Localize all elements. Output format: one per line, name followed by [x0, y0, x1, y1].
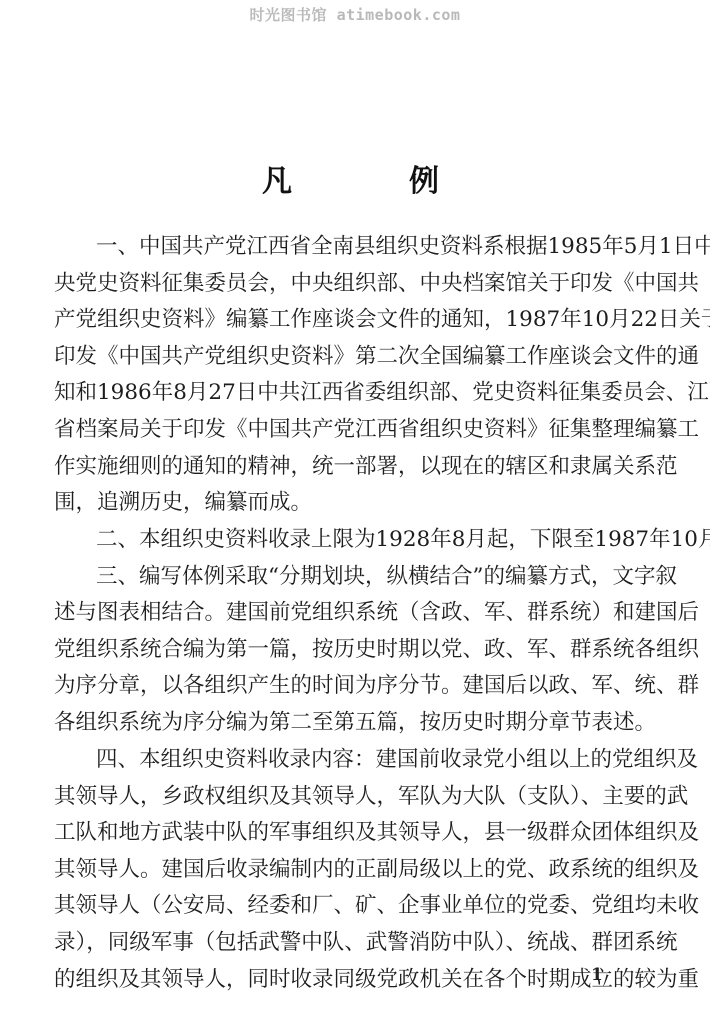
text-line: 述与图表相结合。建国前党组织系统（含政、军、群系统）和建国后: [54, 595, 650, 631]
text-line: 为序分章，以各组织产生的时间为序分节。建国后以政、军、统、群: [54, 668, 650, 704]
page-number: 1: [591, 965, 603, 985]
text-line: 各组织系统为序分编为第二至第五篇，按历史时期分章节表述。: [54, 705, 650, 741]
text-line: 其领导人，乡政权组织及其领导人，军队为大队（支队）、主要的武: [54, 779, 650, 815]
text-line: 四、本组织史资料收录内容：建国前收录党小组以上的党组织及: [96, 742, 650, 778]
text-line: 央党史资料征集委员会，中央组织部、中央档案馆关于印发《中国共: [54, 266, 650, 302]
text-line: 产党组织史资料》编纂工作座谈会文件的通知，1987年10月22日关于: [54, 302, 650, 338]
text-line: 其领导人。建国后收录编制内的正副局级以上的党、政系统的组织及: [54, 852, 650, 888]
text-line: 围，追溯历史，编纂而成。: [54, 485, 650, 521]
text-line: 党组织系统合编为第一篇，按历史时期以党、政、军、群系统各组织: [54, 632, 650, 668]
text-line: 的组织及其领导人，同时收录同级党政机关在各个时期成立的较为重: [54, 962, 650, 998]
text-line: 作实施细则的通知的精神，统一部署，以现在的辖区和隶属关系范: [54, 449, 650, 485]
title-char-1: 凡: [262, 156, 292, 200]
text-line: 一、中国共产党江西省全南县组织史资料系根据1985年5月1日中: [96, 229, 650, 265]
text-line: 二、本组织史资料收录上限为1928年8月起，下限至1987年10月。: [96, 522, 650, 558]
text-line: 其领导人（公安局、经委和厂、矿、企事业单位的党委、党组均未收: [54, 888, 650, 924]
page-title: 凡 例: [0, 156, 710, 206]
text-line: 印发《中国共产党组织史资料》第二次全国编纂工作座谈会文件的通: [54, 339, 650, 375]
text-line: 录），同级军事（包括武警中队、武警消防中队）、统战、群团系统: [54, 925, 650, 961]
text-line: 工队和地方武装中队的军事组织及其领导人，县一级群众团体组织及: [54, 815, 650, 851]
watermark: 时光图书馆 atimebook.com: [0, 4, 710, 25]
text-line: 三、编写体例采取“分期划块，纵横结合”的编纂方式，文字叙: [96, 559, 650, 595]
text-line: 省档案局关于印发《中国共产党江西省组织史资料》征集整理编纂工: [54, 412, 650, 448]
text-line: 知和1986年8月27日中共江西省委组织部、党史资料征集委员会、江西: [54, 375, 650, 411]
title-char-2: 例: [409, 156, 439, 200]
